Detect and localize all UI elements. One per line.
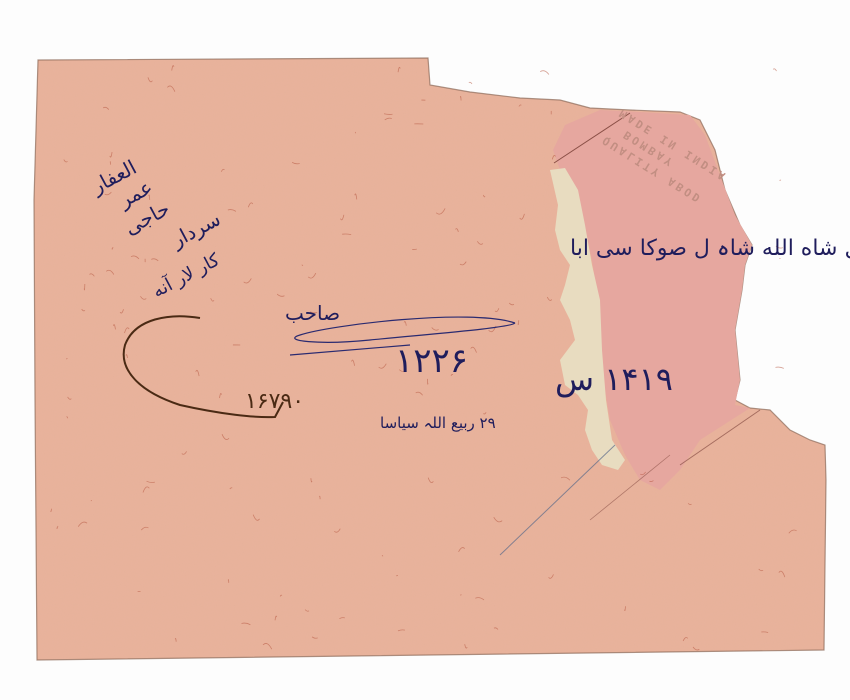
- salutation: صاحب: [285, 301, 340, 325]
- address-line: عالی جناب محمد لعل شاه الله شاہ ل صوکا س…: [570, 236, 850, 261]
- envelope-scan: QUALITY ABOD BOMBAY MADE IN INDIA العفار…: [0, 0, 850, 700]
- date-line: ۲۹ ربیع اللہ سیاسا: [380, 414, 496, 432]
- number-1226: ۱۲۲۶: [395, 341, 468, 381]
- number-1419: ۱۴۱۹ س: [555, 360, 673, 398]
- number-brown: ۱۶۷۹۰: [245, 389, 304, 414]
